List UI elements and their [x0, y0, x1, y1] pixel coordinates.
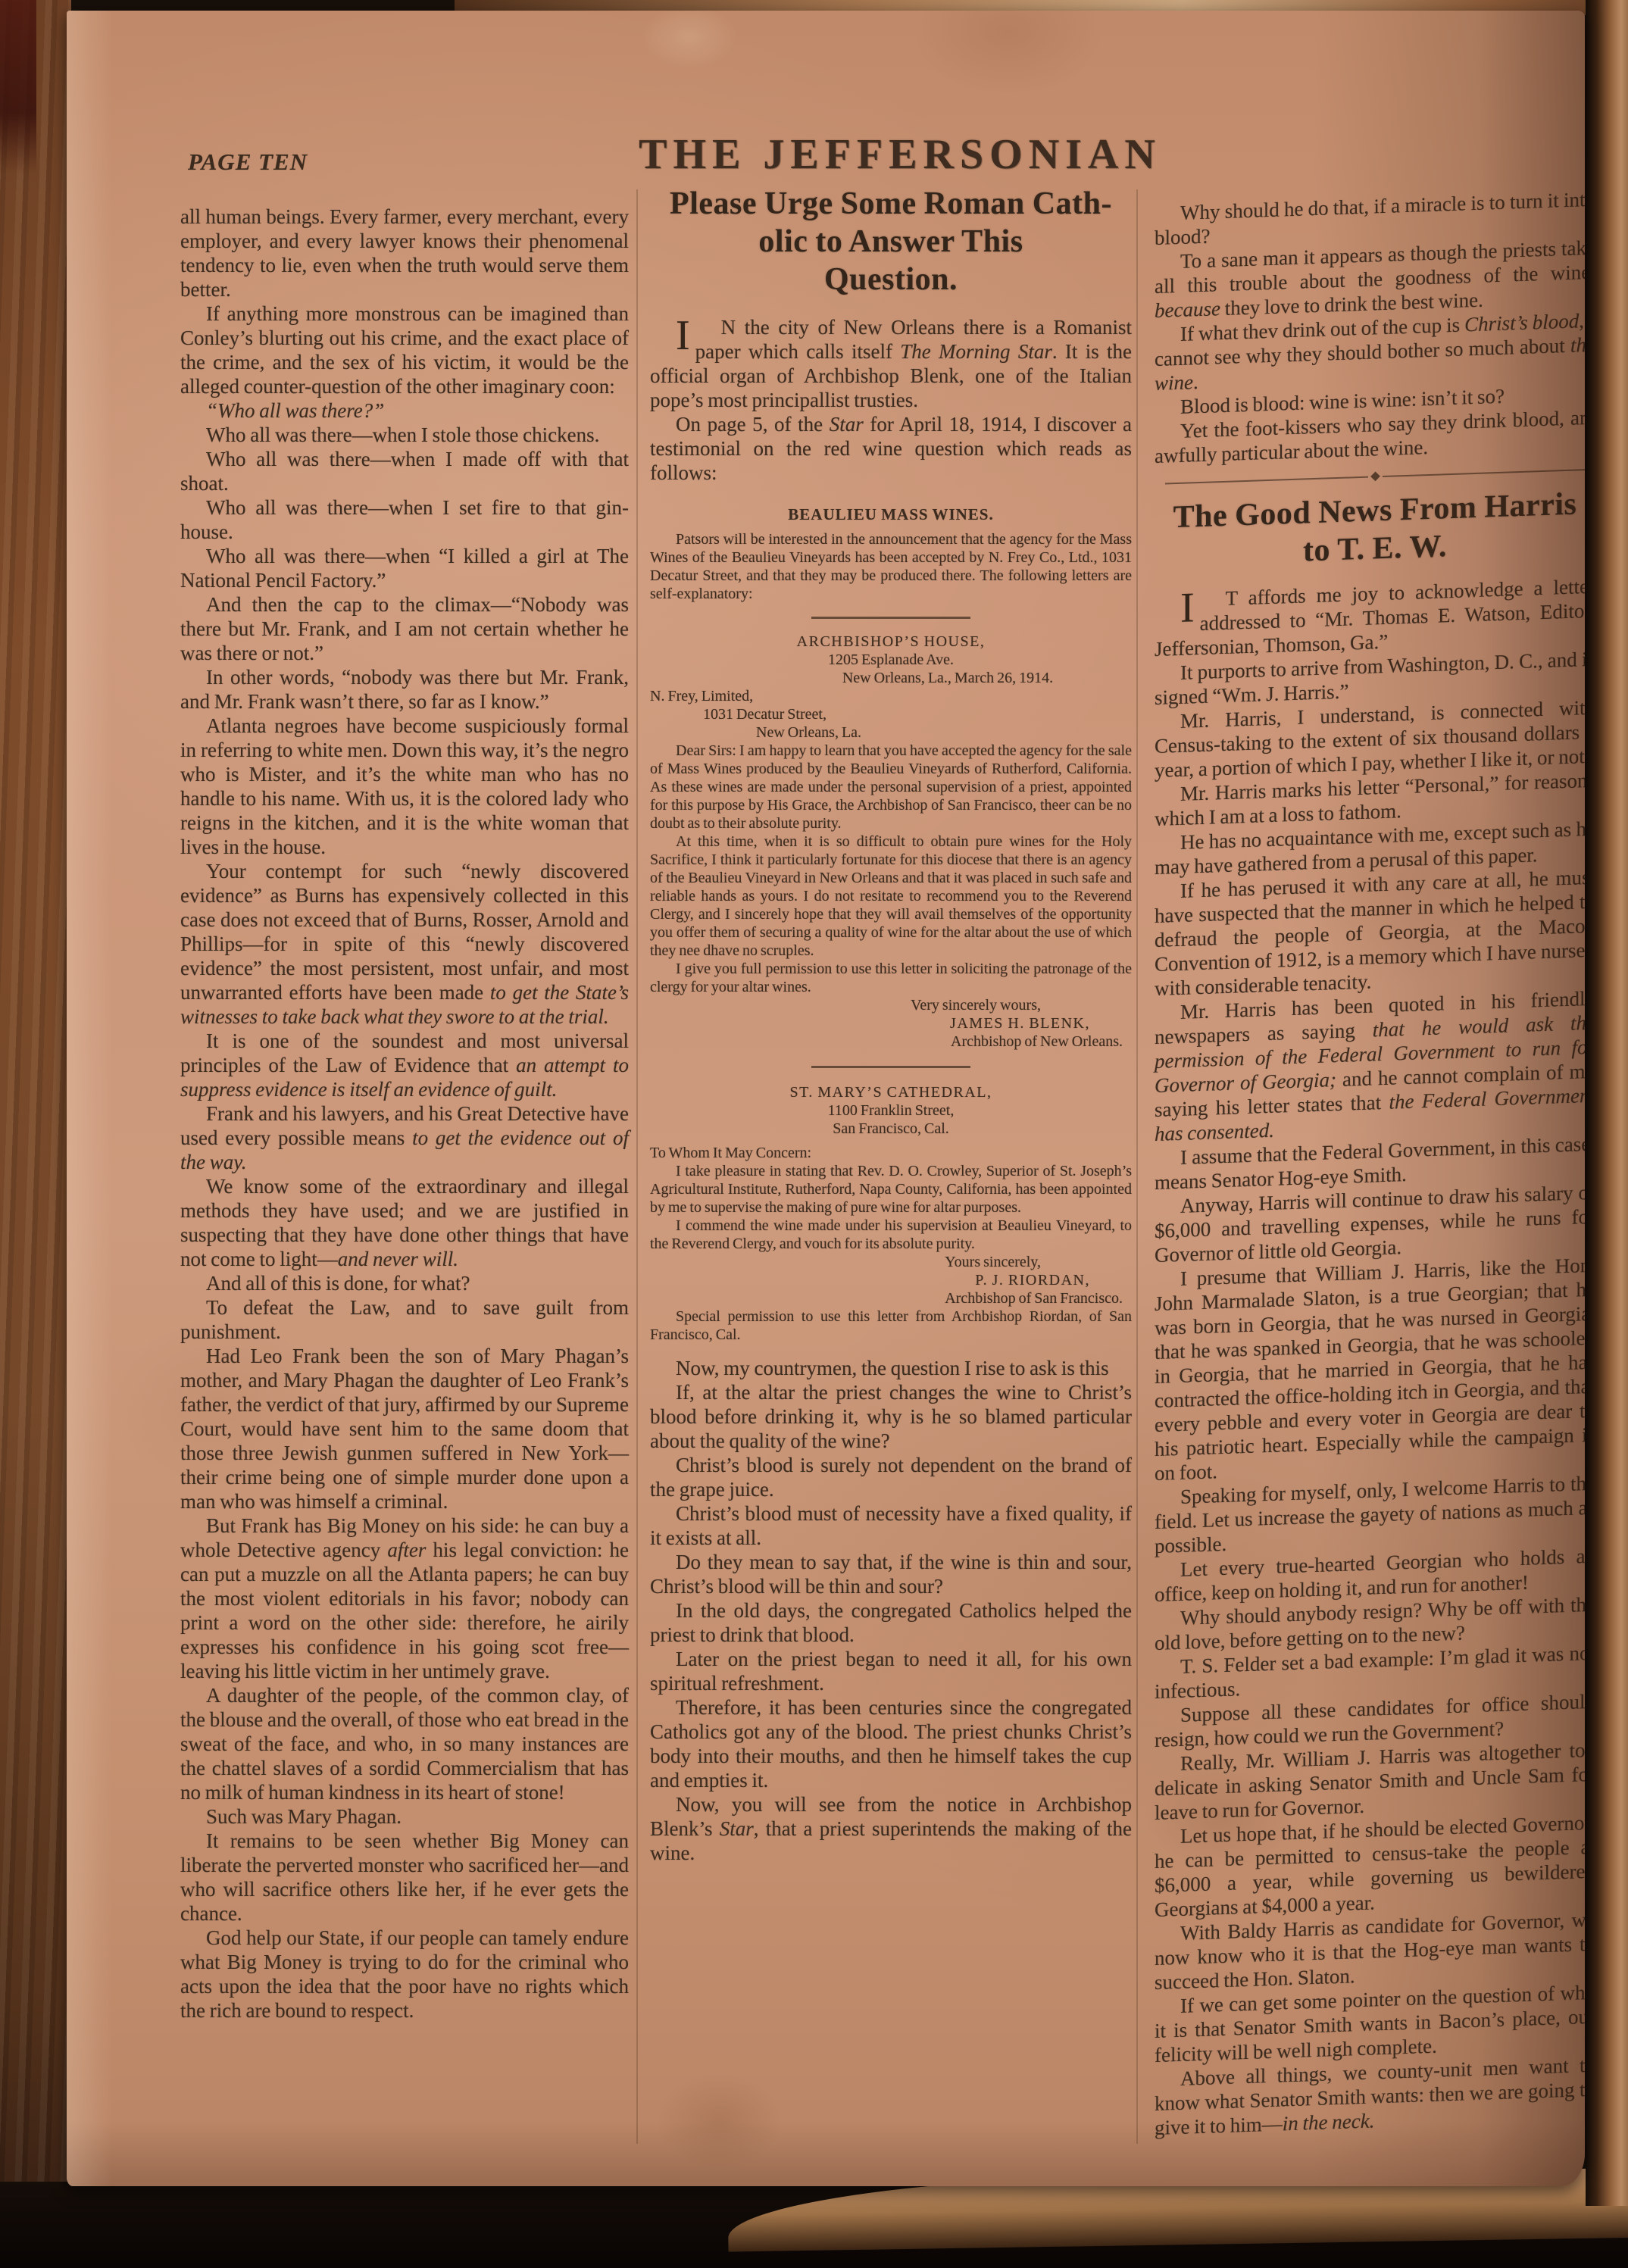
- paragraph: Really, Mr. William J. Harris was altoge…: [1155, 1738, 1585, 1825]
- text-run: 1205 Esplanade Ave.: [828, 651, 954, 668]
- left-column: all human beings. Every farmer, every me…: [180, 205, 629, 2023]
- text-run: A daughter of the people, of the common …: [180, 1684, 629, 1804]
- spacer: [650, 308, 1132, 315]
- headline-roman-catholic-question: Please Urge Some Roman Cath-olic to Answ…: [650, 185, 1132, 298]
- text-run: 1031 Decatur Street,: [703, 706, 826, 723]
- paragraph: To defeat the Law, and to save guilt fro…: [180, 1295, 629, 1344]
- italic-text-run: after: [387, 1539, 426, 1561]
- headline-good-news-harris: The Good News From Harristo T. E. W.: [1155, 485, 1585, 575]
- paragraph: Yours sincerely,: [650, 1253, 1132, 1271]
- paragraph: Special permission to use this letter fr…: [650, 1307, 1132, 1344]
- paragraph: P. J. RIORDAN,: [650, 1271, 1132, 1289]
- paragraph: It remains to be seen whether Big Money …: [180, 1829, 629, 1926]
- section-divider-rule: [1165, 466, 1585, 486]
- text-run: Special permission to use this letter fr…: [650, 1308, 1132, 1343]
- paragraph: A daughter of the people, of the common …: [180, 1683, 629, 1804]
- paragraph: all human beings. Every farmer, every me…: [180, 205, 629, 301]
- paragraph: Who all was there—when I stole those chi…: [180, 423, 629, 447]
- paragraph: If what thev drink out of the cup is Chr…: [1155, 308, 1585, 395]
- paragraph: If he has perused it with any care at al…: [1155, 865, 1585, 1001]
- paragraph: 1205 Esplanade Ave.: [650, 651, 1132, 669]
- paragraph: Speaking for myself, only, I welcome Har…: [1155, 1471, 1585, 1558]
- text-run: “Who all was there?”: [206, 399, 384, 422]
- paragraph: Who all was there—when “I killed a girl …: [180, 544, 629, 592]
- paragraph: Archbishop of San Francisco.: [650, 1289, 1132, 1307]
- text-run: To defeat the Law, and to save guilt fro…: [180, 1296, 629, 1343]
- headline-line: olic to Answer This: [650, 223, 1132, 261]
- text-run: I give you full permission to use this l…: [650, 961, 1132, 995]
- paragraph: God help our State, if our people can ta…: [180, 1926, 629, 2023]
- paragraph: New Orleans, La., March 26, 1914.: [650, 669, 1132, 687]
- text-run: Who all was there—when “I killed a girl …: [180, 545, 629, 592]
- text-run: Such was Mary Phagan.: [206, 1805, 402, 1828]
- italic-text-run: because: [1155, 297, 1220, 322]
- right-column: Why should he do that, if a miracle is t…: [1155, 187, 1585, 2140]
- paragraph: Who all was there—when I set fire to tha…: [180, 495, 629, 544]
- text-run: ARCHBISHOP’S HOUSE,: [797, 633, 986, 650]
- spacer: [650, 524, 1132, 530]
- paragraph: And all of this is done, for what?: [180, 1271, 629, 1295]
- text-run: Yours sincerely,: [945, 1254, 1041, 1270]
- paragraph: I give you full permission to use this l…: [650, 960, 1132, 996]
- column-rule: [636, 189, 638, 2144]
- scanned-newspaper-photo: { "header": { "page_label": "PAGE TEN", …: [0, 0, 1628, 2268]
- text-run: Who all was there—when I set fire to tha…: [180, 496, 629, 543]
- paragraph: Mr. Harris, I understand, is connected w…: [1155, 695, 1585, 783]
- text-run: Anyway, Harris will continue to draw his…: [1155, 1181, 1585, 1267]
- text-run: New Orleans, La.: [756, 724, 861, 741]
- text-run: I presume that William J. Harris, like t…: [1155, 1254, 1585, 1485]
- paragraph: We know some of the extraordinary and il…: [180, 1174, 629, 1271]
- paragraph: Christ’s blood is surely not dependent o…: [650, 1453, 1132, 1501]
- text-run: ST. MARY’S CATHEDRAL,: [790, 1084, 992, 1101]
- paragraph: On page 5, of the Star for April 18, 191…: [650, 412, 1132, 485]
- paragraph: In the old days, the congregated Catholi…: [650, 1598, 1132, 1647]
- paragraph: JAMES H. BLENK,: [650, 1014, 1132, 1032]
- paragraph: Mr. Harris has been quoted in his friend…: [1155, 986, 1585, 1146]
- text-run: If he has perused it with any care at al…: [1155, 866, 1585, 1000]
- italic-text-run: The Morning Star: [900, 340, 1052, 363]
- text-run: San Francisco, Cal.: [833, 1120, 949, 1137]
- paragraph: Dear Sirs: I am happy to learn that you …: [650, 742, 1132, 833]
- page-number: PAGE TEN: [188, 148, 308, 176]
- section-divider-rule: [811, 617, 970, 619]
- text-run: And all of this is done, for what?: [206, 1272, 470, 1295]
- spacer: [650, 485, 1132, 505]
- spacer: [650, 1051, 1132, 1057]
- text-run: Archbishop of New Orleans.: [951, 1033, 1123, 1050]
- italic-text-run: Christ’s blood: [1464, 309, 1579, 336]
- text-run: Atlanta negroes have become suspiciously…: [180, 714, 629, 858]
- headline-line: Please Urge Some Roman Cath-: [650, 185, 1132, 223]
- text-run: Christ’s blood must of necessity have a …: [650, 1502, 1132, 1549]
- paragraph: Patsors will be interested in the announ…: [650, 530, 1132, 603]
- paragraph: But Frank has Big Money on his side: he …: [180, 1514, 629, 1683]
- text-run: It remains to be seen whether Big Money …: [180, 1829, 629, 1925]
- text-run: If we can get some pointer on the questi…: [1155, 1981, 1585, 2067]
- italic-text-run: Star: [830, 413, 864, 436]
- paragraph: Very sincerely wours,: [650, 996, 1132, 1014]
- text-run: Archbishop of San Francisco.: [945, 1290, 1123, 1307]
- text-run: Who all was there—when I made off with t…: [180, 448, 629, 495]
- paragraph: Who all was there—when I made off with t…: [180, 447, 629, 495]
- text-run: .: [1193, 370, 1198, 393]
- headline-line: Question.: [650, 261, 1132, 298]
- paragraph: Atlanta negroes have become suspiciously…: [180, 714, 629, 859]
- paragraph: I commend the wine made under his superv…: [650, 1217, 1132, 1253]
- text-run: Let us hope that, if he should be electe…: [1155, 1811, 1585, 1921]
- diamond-ornament: [1370, 471, 1380, 481]
- text-run: I take pleasure in stating that Rev. D. …: [650, 1163, 1132, 1216]
- paragraph: Now, you will see from the notice in Arc…: [650, 1792, 1132, 1865]
- text-run: Very sincerely wours,: [911, 997, 1041, 1014]
- paragraph: I take pleasure in stating that Rev. D. …: [650, 1162, 1132, 1217]
- text-run: P. J. RIORDAN,: [975, 1272, 1090, 1289]
- paragraph: BEAULIEU MASS WINES.: [650, 505, 1132, 524]
- paragraph: If, at the altar the priest changes the …: [650, 1380, 1132, 1453]
- spacer: [650, 1138, 1132, 1144]
- text-run: Therefore, it has been centuries since t…: [650, 1696, 1132, 1792]
- text-run: With Baldy Harris as candidate for Gover…: [1155, 1908, 1585, 1994]
- text-run: Do they mean to say that, if the wine is…: [650, 1551, 1132, 1598]
- column-rule: [1136, 189, 1138, 2144]
- paragraph: 1031 Decatur Street,: [650, 705, 1132, 723]
- text-run: Had Leo Frank been the son of Mary Phaga…: [180, 1345, 629, 1513]
- text-run: And then the cap to the climax—“Nobody w…: [180, 593, 629, 664]
- rule-line: [1165, 476, 1368, 484]
- paragraph: If anything more monstrous can be imagin…: [180, 301, 629, 398]
- text-run: Who all was there—when I stole those chi…: [206, 423, 599, 446]
- paragraph: “Who all was there?”: [180, 398, 629, 423]
- paragraph: Such was Mary Phagan.: [180, 1804, 629, 1829]
- text-run: T affords me joy to acknowledge a letter…: [1155, 575, 1585, 661]
- text-run: At this time, when it is so difficult to…: [650, 833, 1132, 959]
- paragraph: 1100 Franklin Street,: [650, 1101, 1132, 1120]
- text-run: I commend the wine made under his superv…: [650, 1217, 1132, 1252]
- newspaper-page: PAGE TEN THE JEFFERSONIAN all human bein…: [67, 11, 1585, 2186]
- paragraph: With Baldy Harris as candidate for Gover…: [1155, 1907, 1585, 1995]
- paragraph: Let us hope that, if he should be electe…: [1155, 1810, 1585, 1922]
- adjacent-page-edge: [1586, 0, 1628, 2206]
- text-run: In the old days, the congregated Catholi…: [650, 1599, 1132, 1646]
- paragraph: Frank and his lawyers, and his Great Det…: [180, 1101, 629, 1174]
- spacer: [650, 603, 1132, 608]
- wood-desk-background: [0, 0, 71, 2268]
- paragraph: San Francisco, Cal.: [650, 1120, 1132, 1138]
- paragraph: In other words, “nobody was there but Mr…: [180, 665, 629, 714]
- text-run: all human beings. Every farmer, every me…: [180, 205, 629, 301]
- drop-cap: I: [1155, 587, 1200, 628]
- masthead-title: THE JEFFERSONIAN: [597, 130, 1203, 179]
- paragraph: ARCHBISHOP’S HOUSE,: [650, 633, 1132, 651]
- text-run: On page 5, of the: [676, 413, 830, 436]
- paragraph: Anyway, Harris will continue to draw his…: [1155, 1180, 1585, 1267]
- paragraph: IT affords me joy to acknowledge a lette…: [1155, 574, 1585, 661]
- book-cover-corner: [0, 0, 36, 174]
- text-run: Patsors will be interested in the announ…: [650, 531, 1132, 602]
- paragraph: Later on the priest began to need it all…: [650, 1647, 1132, 1695]
- text-run: Really, Mr. William J. Harris was altoge…: [1155, 1738, 1585, 1824]
- text-run: In other words, “nobody was there but Mr…: [180, 666, 629, 713]
- paragraph: Do they mean to say that, if the wine is…: [650, 1550, 1132, 1598]
- section-divider-rule: [811, 1066, 970, 1068]
- paragraph: Had Leo Frank been the son of Mary Phaga…: [180, 1344, 629, 1514]
- rule-line: [1383, 469, 1586, 477]
- paragraph: I presume that William J. Harris, like t…: [1155, 1253, 1585, 1485]
- paragraph: And then the cap to the climax—“Nobody w…: [180, 592, 629, 665]
- spacer: [650, 1344, 1132, 1356]
- text-run: New Orleans, La., March 26, 1914.: [842, 670, 1053, 686]
- text-run: JAMES H. BLENK,: [950, 1015, 1090, 1032]
- text-run: God help our State, if our people can ta…: [180, 1926, 629, 2022]
- paragraph: To a sane man it appears as though the p…: [1155, 236, 1585, 323]
- paragraph: Above all things, we county-unit men wan…: [1155, 2053, 1585, 2140]
- paragraph: Now, my countrymen, the question I rise …: [650, 1356, 1132, 1380]
- text-run: Dear Sirs: I am happy to learn that you …: [650, 742, 1132, 832]
- paragraph: N. Frey, Limited,: [650, 687, 1132, 705]
- paragraph: Your contempt for such “newly discovered…: [180, 859, 629, 1029]
- text-run: Christ’s blood is surely not dependent o…: [650, 1454, 1132, 1501]
- text-run: BEAULIEU MASS WINES.: [788, 505, 993, 523]
- drop-cap: I: [650, 315, 695, 355]
- text-run: Mr. Harris, I understand, is connected w…: [1155, 696, 1585, 782]
- paragraph: If we can get some pointer on the questi…: [1155, 1980, 1585, 2067]
- text-run: To Whom It May Concern:: [650, 1145, 811, 1161]
- paragraph: Therefore, it has been centuries since t…: [650, 1695, 1132, 1792]
- middle-column: Please Urge Some Roman Cath-olic to Answ…: [650, 182, 1132, 1865]
- text-run: 1100 Franklin Street,: [828, 1102, 955, 1119]
- text-run: Now, my countrymen, the question I rise …: [676, 1357, 1109, 1379]
- paragraph: It is one of the soundest and most unive…: [180, 1029, 629, 1101]
- spacer: [650, 1077, 1132, 1083]
- paragraph: Archbishop of New Orleans.: [650, 1032, 1132, 1051]
- paragraph: At this time, when it is so difficult to…: [650, 833, 1132, 960]
- paragraph: Christ’s blood must of necessity have a …: [650, 1501, 1132, 1550]
- italic-text-run: and never will.: [338, 1248, 458, 1270]
- text-run: If anything more monstrous can be imagin…: [180, 302, 629, 398]
- paragraph: IN the city of New Orleans there is a Ro…: [650, 315, 1132, 412]
- paragraph: New Orleans, La.: [650, 723, 1132, 742]
- italic-text-run: in the neck.: [1283, 2109, 1375, 2135]
- text-run: N. Frey, Limited,: [650, 688, 753, 704]
- text-run: Later on the priest began to need it all…: [650, 1648, 1132, 1695]
- text-run: Speaking for myself, only, I welcome Har…: [1155, 1472, 1585, 1557]
- text-run: If, at the altar the priest changes the …: [650, 1381, 1132, 1452]
- paragraph: ST. MARY’S CATHEDRAL,: [650, 1083, 1132, 1101]
- paragraph: To Whom It May Concern:: [650, 1144, 1132, 1162]
- italic-text-run: Star: [720, 1817, 754, 1840]
